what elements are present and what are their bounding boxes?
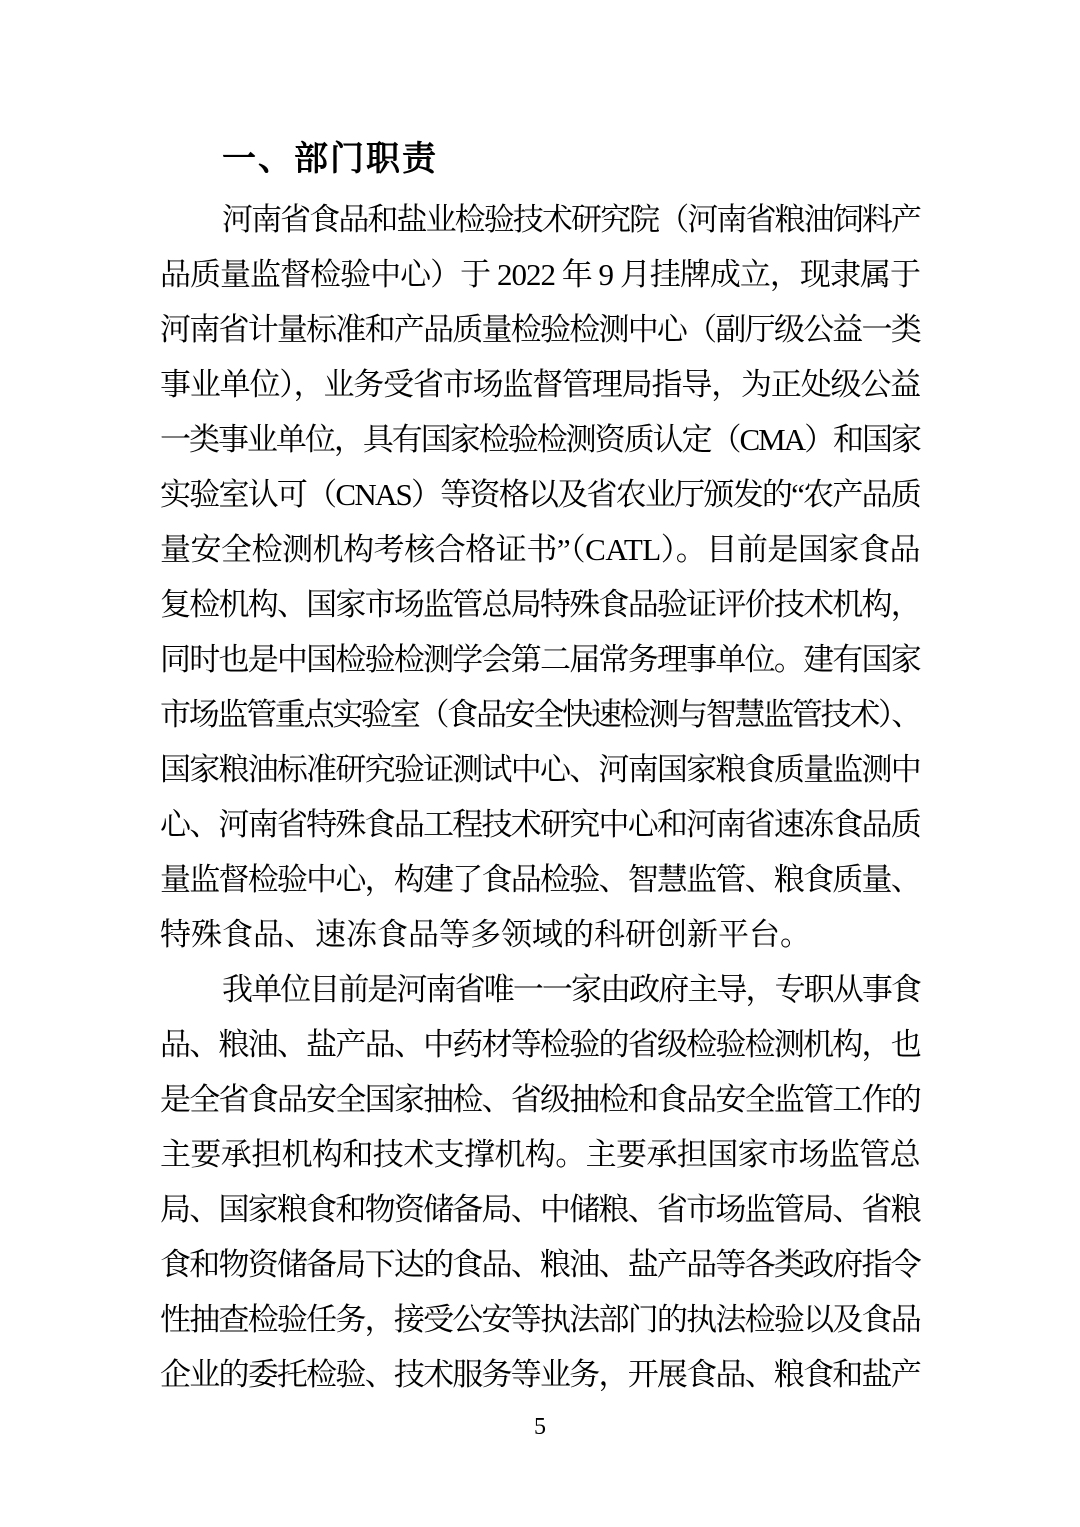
text-line: 国家粮油标准研究验证测试中心、河南国家粮食质量监测中 xyxy=(160,742,920,797)
text-line: 复检机构、国家市场监管总局特殊食品验证评价技术机构， xyxy=(160,577,920,632)
text-line: 河南省计量标准和产品质量检验检测中心（副厅级公益一类 xyxy=(160,302,920,357)
text-line: 量监督检验中心，构建了食品检验、智慧监管、粮食质量、 xyxy=(160,852,920,907)
text-line: 河南省食品和盐业检验技术研究院（河南省粮油饲料产 xyxy=(160,192,920,247)
text-line: 食和物资储备局下达的食品、粮油、盐产品等各类政府指令 xyxy=(160,1237,920,1292)
text-line: 事业单位），业务受省市场监督管理局指导，为正处级公益 xyxy=(160,357,920,412)
text-line: 企业的委托检验、技术服务等业务，开展食品、粮食和盐产 xyxy=(160,1347,920,1402)
text-line: 主要承担机构和技术支撑机构。主要承担国家市场监管总 xyxy=(160,1127,920,1182)
section-heading: 一、部门职责 xyxy=(160,132,920,187)
text-line: 同时也是中国检验检测学会第二届常务理事单位。建有国家 xyxy=(160,632,920,687)
text-line: 我单位目前是河南省唯一一家由政府主导，专职从事食 xyxy=(160,962,920,1017)
text-line: 量安全检测机构考核合格证书”（CATL）。目前是国家食品 xyxy=(160,522,920,577)
text-line: 市场监管重点实验室（食品安全快速检测与智慧监管技术）、 xyxy=(160,687,920,742)
document-page: 一、部门职责 河南省食品和盐业检验技术研究院（河南省粮油饲料产品质量监督检验中心… xyxy=(0,0,1080,1527)
text-line: 品质量监督检验中心）于 2022 年 9 月挂牌成立，现隶属于 xyxy=(160,247,920,302)
text-line: 性抽查检验任务，接受公安等执法部门的执法检验以及食品 xyxy=(160,1292,920,1347)
document-body: 河南省食品和盐业检验技术研究院（河南省粮油饲料产品质量监督检验中心）于 2022… xyxy=(160,192,920,1402)
text-line: 品、粮油、盐产品、中药材等检验的省级检验检测机构，也 xyxy=(160,1017,920,1072)
text-line: 局、国家粮食和物资储备局、中储粮、省市场监管局、省粮 xyxy=(160,1182,920,1237)
page-number: 5 xyxy=(534,1414,546,1440)
text-line: 实验室认可（CNAS）等资格以及省农业厅颁发的“农产品质 xyxy=(160,467,920,522)
text-line: 是全省食品安全国家抽检、省级抽检和食品安全监管工作的 xyxy=(160,1072,920,1127)
text-line: 特殊食品、速冻食品等多领域的科研创新平台。 xyxy=(160,907,920,962)
text-line: 心、河南省特殊食品工程技术研究中心和河南省速冻食品质 xyxy=(160,797,920,852)
text-line: 一类事业单位，具有国家检验检测资质认定（CMA）和国家 xyxy=(160,412,920,467)
page-footer: 5 xyxy=(0,1412,1080,1442)
